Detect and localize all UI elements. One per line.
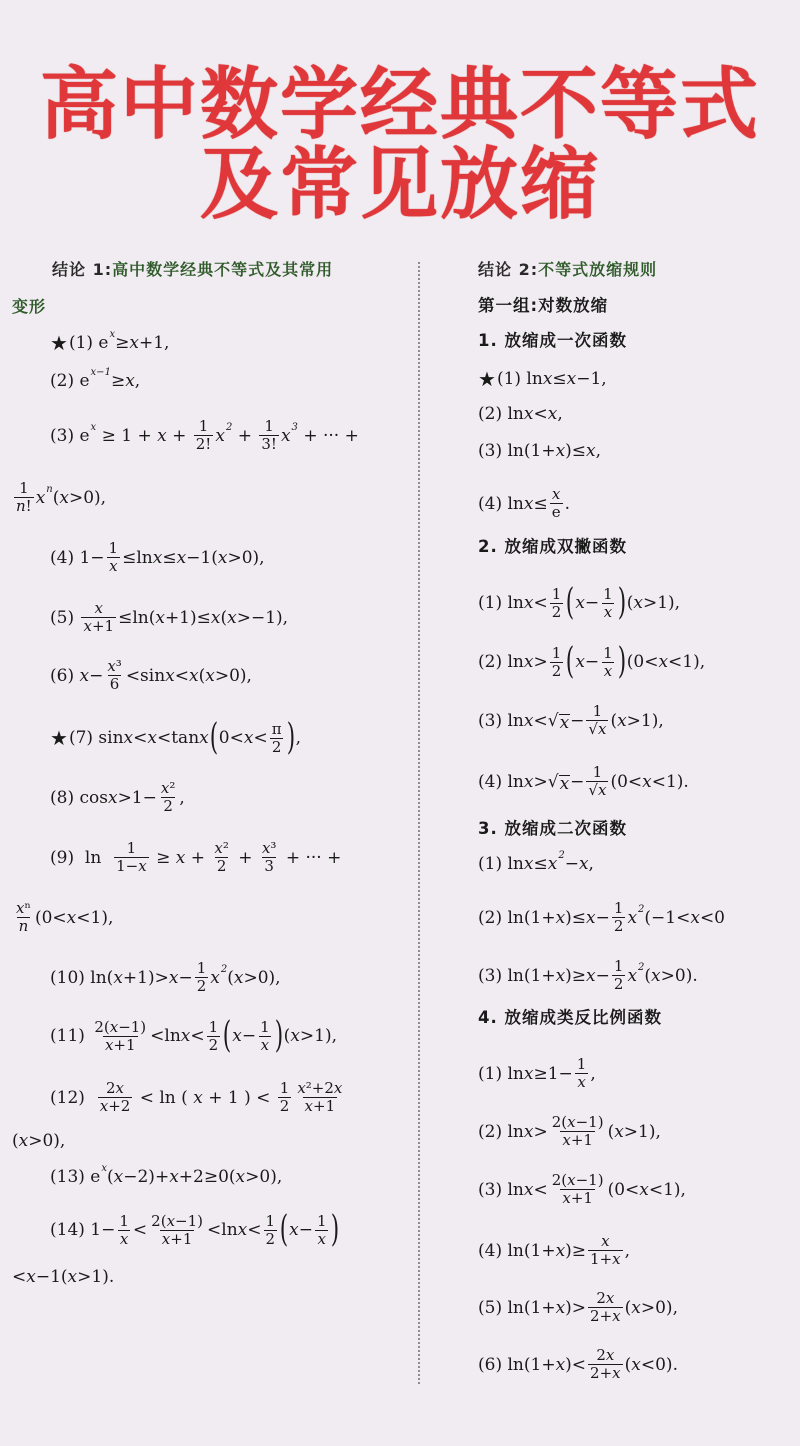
math-expr: 2x [106,1079,124,1097]
math-text: − [565,853,579,875]
fraction-numerator: 1 [278,1080,292,1097]
math-text: ( [625,1354,632,1376]
math-variable: x [147,727,157,749]
math-text: ≤ln [122,547,153,569]
left-formula-6: (5) xx+1≤ln(x+1)≤x(x>−1), [50,600,288,635]
math-expr: x [261,1036,269,1054]
fraction-numerator: 1 [591,764,605,781]
math-variable: x [556,1297,566,1319]
large-paren: ) [618,585,626,621]
fraction-denominator: e [550,503,563,521]
math-expr: 2 [217,857,227,875]
math-expr: 1 [593,702,603,720]
math-text: ² [169,779,175,797]
math-variable: x [567,1171,575,1189]
math-text: > [533,771,547,793]
math-fraction: 1√x [586,764,608,799]
math-fraction: xx+1 [81,600,116,635]
page-title-line-2: 及常见放缩 [0,140,800,230]
math-text: 2( [552,1113,567,1131]
left-formula-15: (x>0), [12,1130,65,1152]
math-expr: 2 [197,977,207,995]
math-variable: x [556,965,566,987]
math-text: <tan [157,727,199,749]
math-text: (3) ln [478,1179,524,1201]
math-text: ≥ 1 + [96,425,157,447]
fraction-numerator: 1 [612,958,626,975]
math-variable: x [633,592,643,614]
math-fraction: 2(x−1)x+1 [550,1172,606,1207]
math-expr: 1 [260,1018,270,1036]
sqrt-argument: x [559,775,571,793]
math-text: (1) e [69,332,109,354]
math-expr: 1 [266,1212,276,1230]
math-expr: x [109,557,117,575]
fraction-denominator: x [575,1073,587,1091]
math-variable: x [524,853,534,875]
math-variable: x [690,907,700,929]
fraction-denominator: 1+x [588,1250,623,1268]
math-fraction: 2(x−1)x+1 [550,1114,606,1149]
fraction-denominator: 6 [108,675,122,693]
fraction-denominator: 1−x [114,857,149,875]
math-sqrt: √x [548,710,570,732]
math-superscript: 2 [221,959,227,981]
math-variable: x [157,425,167,447]
math-expr: 2 [280,1097,290,1115]
math-text: 2( [552,1171,567,1189]
left-formula-1: ★(1) ex≥x+1, [50,332,169,354]
math-variable: x [651,965,661,987]
right-formula-8: (4) lnx>√x−1√x(0<x<1). [478,764,689,799]
math-variable: x [290,1025,300,1047]
math-expr: √x [588,781,606,799]
math-variable: x [556,440,566,462]
math-text: 1 [19,479,29,497]
math-variable: x [167,1212,175,1230]
math-text: −1) [576,1171,604,1189]
fraction-numerator: 1 [315,1213,329,1230]
math-text: >1− [118,787,157,809]
math-text: (5) [50,607,79,629]
conclusion-2-label: 结论 2: [478,259,538,281]
math-expr: x [552,485,560,503]
math-variable: x [627,965,637,987]
left-formula-4: 1n!xn(x>0), [12,480,106,515]
math-expr: x² [161,779,175,797]
math-text: (4) ln [478,771,524,793]
math-text: 2 [552,662,562,680]
math-text: . [565,493,570,515]
math-text: (14) 1− [50,1219,115,1241]
math-text: < [533,403,547,425]
math-fraction: x³6 [105,658,123,693]
math-variable: x [562,1131,570,1149]
math-expr: 1 [119,1212,129,1230]
math-variable: x [153,547,163,569]
math-expr: 1 [552,644,562,662]
math-variable: x [579,853,589,875]
math-variable: x [36,487,46,509]
math-text: ≥ [111,370,125,392]
math-expr: 1 [593,763,603,781]
fraction-numerator: 1 [258,1019,272,1036]
math-fraction: 2xx+2 [98,1080,133,1115]
math-variable: x [639,1179,649,1201]
math-text: ≥ [115,332,129,354]
math-text: 1 [614,899,624,917]
math-text: ( [625,1297,632,1319]
math-variable: x [305,1097,313,1115]
math-text: >1), [643,592,680,614]
math-variable: x [218,547,228,569]
large-paren: ) [274,1018,282,1054]
large-paren: ( [223,1018,231,1054]
math-text: − [242,1025,256,1047]
math-expr: 1−x [116,857,147,875]
math-text: 2 [596,1289,606,1307]
math-expr: x+1 [105,1036,136,1054]
math-variable: x [120,1230,128,1248]
math-text: 2 [280,1097,290,1115]
math-text: 2( [151,1212,166,1230]
math-text: ( [53,487,60,509]
math-text: (9) ln [50,847,112,869]
fraction-numerator: x³ [105,658,123,675]
large-paren: ) [618,644,626,680]
math-text: + [167,425,192,447]
page-title-line-1: 高中数学经典不等式 [0,60,800,150]
math-text: 1 [119,1212,129,1230]
math-fraction: 12 [612,900,626,935]
math-expr: 1 [19,479,29,497]
math-text: ( [284,1025,291,1047]
math-text: 1 [552,644,562,662]
conclusion-1-label: 结论 1: [52,259,112,281]
math-text: ( [227,967,234,989]
math-text: (3) ln(1+ [478,440,556,462]
math-text: ≤ln( [118,607,155,629]
math-text: (1) ln [478,853,524,875]
math-text: (−1< [644,907,690,929]
math-text: , [596,440,601,462]
math-expr: x²+2x [297,1079,342,1097]
math-text: 1 [266,1212,276,1230]
math-text: 2 [106,1079,116,1097]
math-text: + 1 ) < [203,1087,276,1109]
math-expr: x [601,1232,609,1250]
math-fraction: 11−x [114,840,149,875]
math-text: 2+ [590,1364,612,1382]
math-variable: x [586,965,596,987]
math-expr: 2(x−1) [151,1212,203,1230]
math-variable: x [524,1121,534,1143]
math-variable: x [215,425,225,447]
right-formula-13: (2) lnx>2(x−1)x+1(x>1), [478,1114,661,1149]
math-text: ( [107,1166,114,1188]
right-formula-14: (3) lnx<2(x−1)x+1(0<x<1), [478,1172,686,1207]
large-paren: ( [566,644,574,680]
math-text: 0< [219,727,244,749]
math-variable: x [232,1025,242,1047]
math-variable: x [658,651,668,673]
math-variable: x [210,967,220,989]
math-variable: x [79,665,89,687]
math-superscript: x [109,324,115,346]
fraction-denominator: x+1 [81,617,116,635]
fraction-numerator: 1 [117,1213,131,1230]
math-variable: x [604,662,612,680]
math-text: < [12,1266,26,1288]
math-text: −1, [576,368,606,390]
math-text: 2 [596,1346,606,1364]
math-fraction: x²+2xx+1 [295,1080,344,1115]
conclusion-1-title: 高中数学经典不等式及其常用 [112,259,333,281]
fraction-denominator: √x [586,720,608,738]
math-variable: x [116,1079,124,1097]
math-variable: x [165,665,175,687]
right-formula-3: (3) ln(1+x)≤x, [478,440,601,462]
math-fraction: 12 [278,1080,292,1115]
fraction-denominator: 2+x [588,1307,623,1325]
math-text: − [585,651,599,673]
math-expr: 2(x−1) [552,1171,604,1189]
math-variable: x [108,787,118,809]
fraction-denominator: x [602,662,614,680]
math-variable: x [107,657,115,675]
math-text: (4) ln [478,493,524,515]
math-text: , [179,787,184,809]
fraction-numerator: x [599,1233,611,1250]
math-text: ≤ [533,853,547,875]
math-text: +1 [92,617,114,635]
conclusion-1-heading: 结论 1: 高中数学经典不等式及其常用 [52,259,333,281]
math-text: (7) sin [69,727,124,749]
math-text: 2! [196,435,212,453]
math-text: 1− [116,857,138,875]
math-text: 1 [260,1018,270,1036]
fraction-numerator: 1 [195,960,209,977]
math-fraction: 12 [612,958,626,993]
math-variable: x [586,907,596,929]
math-expr: 2! [196,435,212,453]
math-text: )≤ [565,907,586,929]
math-text: ≤ [552,368,566,390]
math-text: − [596,907,610,929]
math-text: >0), [215,665,252,687]
fraction-numerator: 2(x−1) [550,1114,606,1131]
math-expr: 1 [199,417,209,435]
math-text: ( [220,607,227,629]
fraction-denominator: x+1 [160,1230,195,1248]
math-text: (3) e [50,425,90,447]
math-variable: x [612,1364,620,1382]
math-text: (0< [608,1179,640,1201]
math-text: 6 [110,675,120,693]
math-variable: n [19,917,29,935]
math-variable: x [189,665,199,687]
math-text: < [533,1179,547,1201]
sqrt-sign: √ [548,710,559,732]
fraction-denominator: 2 [612,975,626,993]
math-expr: 1 [127,839,137,857]
math-superscript: 2 [558,845,564,867]
math-fraction: 1x [117,1213,131,1248]
math-variable: x [567,1113,575,1131]
math-text: (2) ln [478,403,524,425]
fraction-denominator: 2 [278,1097,292,1115]
math-expr: x [604,603,612,621]
left-formula-10: (9) ln 11−x ≥ x + x²2 + x³3 + ··· + [50,840,341,875]
math-expr: x [604,662,612,680]
column-divider [418,262,420,1384]
math-expr: 1 [603,585,613,603]
math-text: 2 [217,857,227,875]
math-variable: x [238,1219,248,1241]
fraction-numerator: 1 [550,586,564,603]
math-expr: x² [214,839,228,857]
math-text: (11) [50,1025,90,1047]
math-text: ³ [270,839,276,857]
math-text: 2 [163,797,173,815]
math-text: 1 [593,763,603,781]
math-variable: x [524,1179,534,1201]
math-text: >1). [77,1266,114,1288]
math-variable: n [16,497,26,515]
math-text: ≥ [151,847,176,869]
math-variable: x [214,839,222,857]
math-text: )≥ [565,965,586,987]
math-expr: x [95,599,103,617]
math-text: < [533,710,547,732]
math-text: 3! [261,435,277,453]
math-text: + ··· + [280,847,341,869]
fraction-numerator: x² [212,840,230,857]
fraction-denominator: x+2 [98,1097,133,1115]
math-expr: √x [588,720,606,738]
math-text: − [89,665,103,687]
math-text: >1), [624,1121,661,1143]
math-expr: 1 [264,417,274,435]
math-superscript: 2 [638,957,644,979]
fraction-numerator: 1 [591,703,605,720]
math-text: , [557,403,562,425]
math-text: (4) ln(1+ [478,1240,556,1262]
math-text: 1 [199,417,209,435]
fraction-numerator: 1 [125,840,139,857]
math-text: <1), [76,907,113,929]
math-variable: x [234,967,244,989]
right-formula-15: (4) ln(1+x)≥x1+x, [478,1233,630,1268]
math-variable: x [598,720,606,738]
math-variable: x [552,485,560,503]
conclusion-2-title: 不等式放缩规则 [538,259,657,281]
fraction-denominator: x [259,1036,271,1054]
math-text: +1 [571,1131,593,1149]
left-formula-11: xⁿn(0<x<1), [12,900,113,935]
math-text: (5) ln(1+ [478,1297,556,1319]
math-fraction: xe [550,486,563,521]
fraction-numerator: 1 [575,1056,589,1073]
fraction-denominator: x [602,603,614,621]
math-variable: x [524,710,534,732]
math-variable: x [83,617,91,635]
fraction-denominator: 2 [195,977,209,995]
math-text: , [589,853,594,875]
fraction-denominator: x+1 [560,1131,595,1149]
fraction-numerator: 1 [197,418,211,435]
math-text: 1 [280,1079,290,1097]
math-text: < [253,727,267,749]
fraction-numerator: 2(x−1) [92,1019,148,1036]
math-fraction: x²2 [212,840,230,875]
fraction-denominator: 2 [550,603,564,621]
math-variable: x [199,727,209,749]
math-text: 2 [614,975,624,993]
fraction-denominator: 2 [612,917,626,935]
fraction-denominator: 2 [264,1230,278,1248]
math-variable: x [181,1025,191,1047]
math-expr: x+1 [162,1230,193,1248]
math-text: (13) e [50,1166,100,1188]
math-text: +1 [571,1189,593,1207]
math-expr: x³ [107,657,121,675]
math-expr: x³ [262,839,276,857]
math-expr: x [317,1230,325,1248]
math-expr: e [552,503,561,521]
math-fraction: xⁿn [14,900,33,935]
math-expr: 1 [614,957,624,975]
math-text: (6) ln(1+ [478,1354,556,1376]
conclusion-1-heading-cont: 变形 [12,296,46,318]
math-variable: x [59,487,69,509]
math-text: −2)+ [123,1166,169,1188]
math-variable: x [556,1354,566,1376]
math-text: , [590,1063,595,1085]
math-fraction: 13! [259,418,279,453]
math-text: (1) ln [497,368,543,390]
math-text: − [570,710,584,732]
math-variable: x [556,907,566,929]
fraction-numerator: xⁿ [14,900,33,917]
math-superscript: 2 [226,417,232,439]
right-formula-11: (3) ln(1+x)≥x−12x2(x>0). [478,958,698,993]
math-expr: x+2 [100,1097,131,1115]
fraction-numerator: x [550,486,562,503]
math-text: 1 [603,644,613,662]
math-fraction: 1√x [586,703,608,738]
math-expr: 6 [110,675,120,693]
math-fraction: x²2 [159,780,177,815]
math-variable: x [614,1121,624,1143]
math-text: 2 [272,738,282,756]
math-variable: x [524,651,534,673]
math-text: < [247,1219,261,1241]
fraction-denominator: x [107,557,119,575]
math-expr: 1 [317,1212,327,1230]
math-text: 1 [109,539,119,557]
math-variable: x [631,1354,641,1376]
math-variable: x [110,1018,118,1036]
math-text: ⁿ [24,899,31,917]
math-variable: x [556,1240,566,1262]
math-variable: x [548,853,558,875]
conclusion-2-heading: 结论 2: 不等式放缩规则 [478,259,657,281]
fraction-numerator: π [270,721,284,738]
math-text: <1), [649,1179,686,1201]
math-text: <0 [700,907,725,929]
fraction-numerator: 1 [612,900,626,917]
